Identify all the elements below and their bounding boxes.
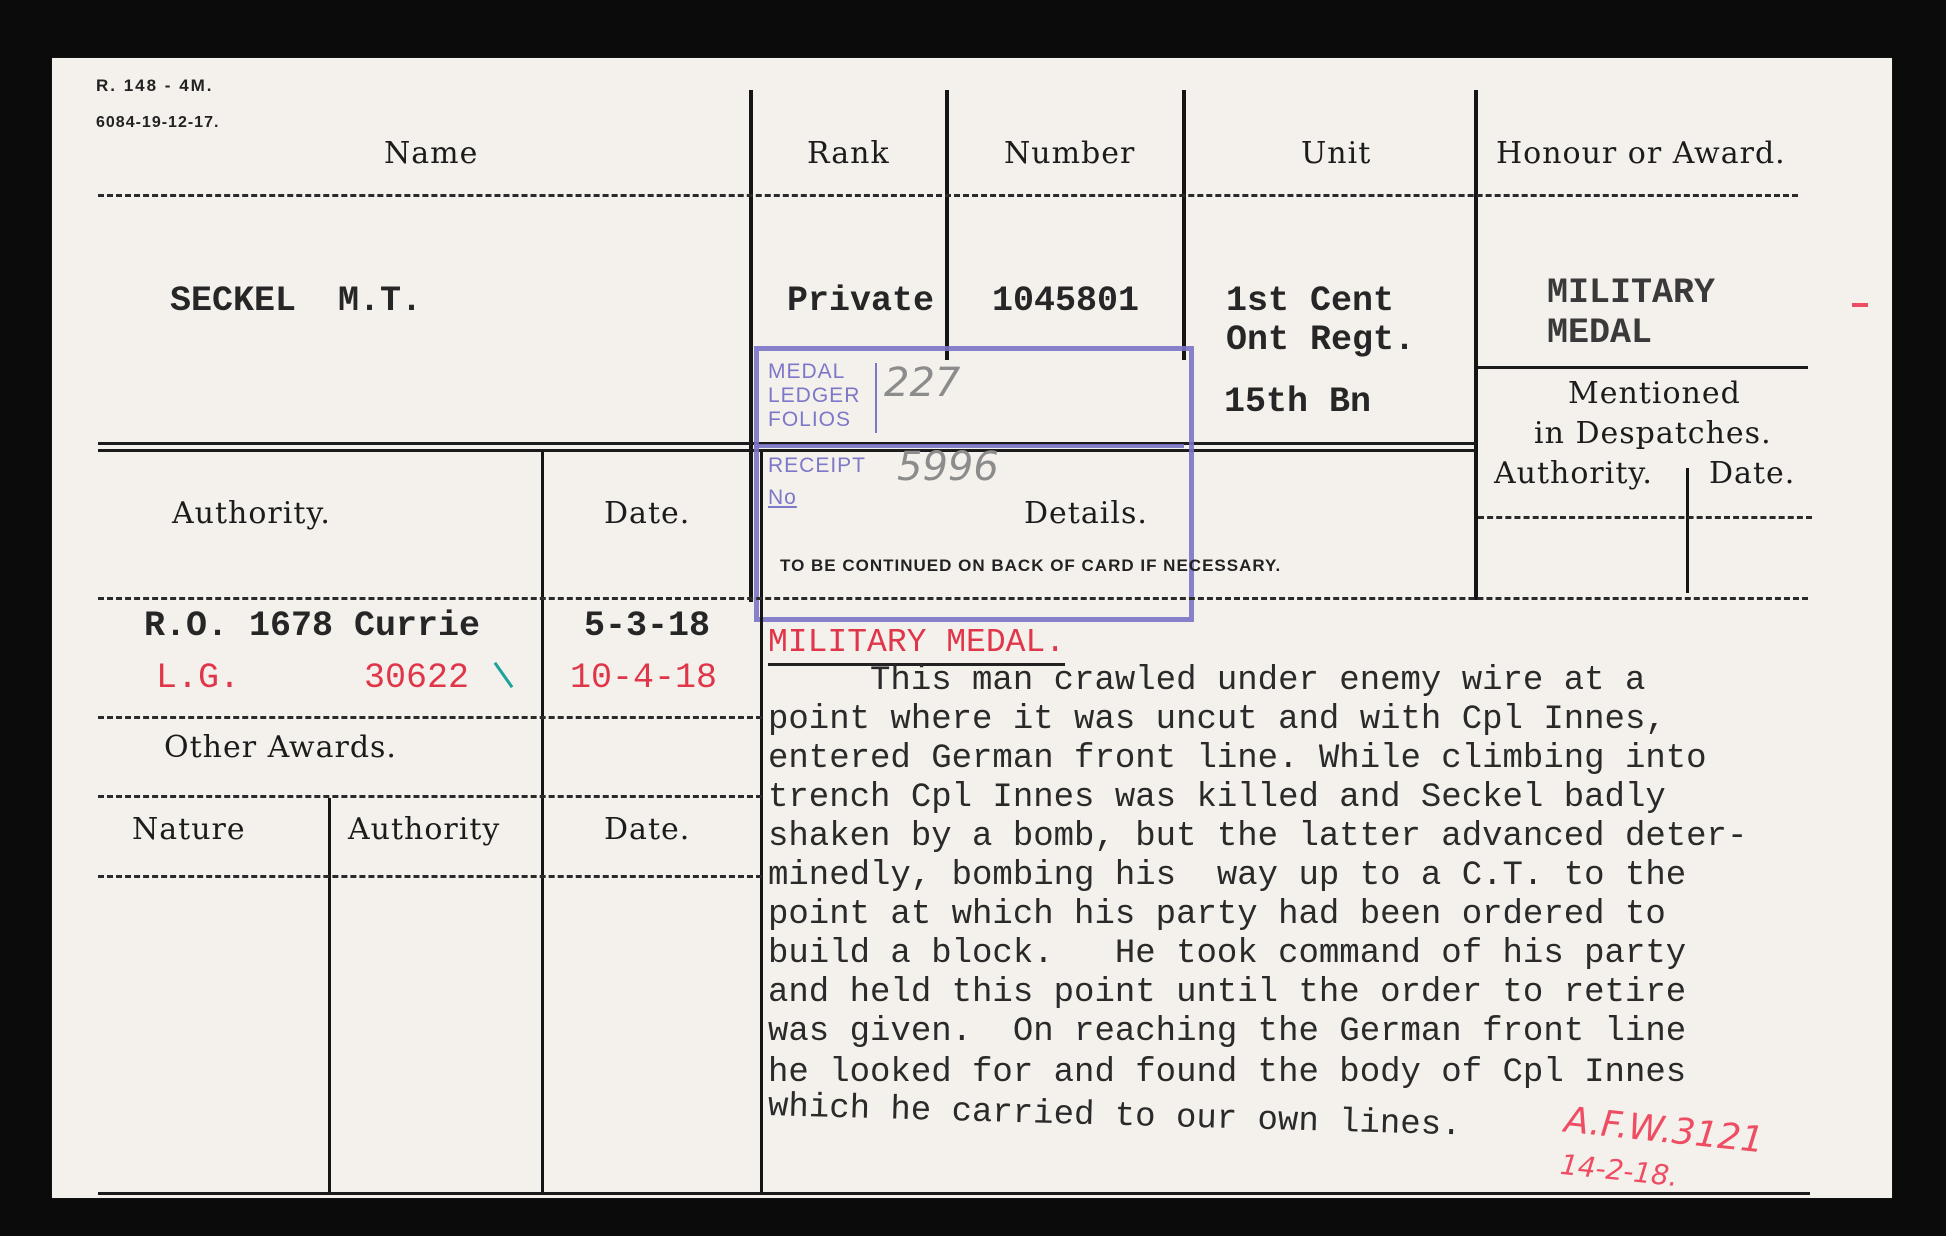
details-heading: MILITARY MEDAL. — [768, 624, 1065, 666]
details-line: entered German front line. While climbin… — [768, 740, 1707, 779]
header-number: Number — [1004, 136, 1135, 171]
rule-date-left — [541, 452, 544, 1192]
details-line: minedly, bombing his way up to a C.T. to… — [768, 857, 1686, 896]
despatches-title-2: in Despatches. — [1534, 416, 1772, 451]
authority-header: Authority. — [172, 496, 331, 531]
details-line: point at which his party had been ordere… — [768, 896, 1666, 935]
authority-date-1: 5-3-18 — [584, 606, 710, 646]
medal-record-card: R. 148 - 4M. 6084-19-12-17. Name Rank Nu… — [52, 58, 1892, 1198]
soldier-name: SECKEL M.T. — [170, 281, 422, 321]
annotation-date: 14-2-18. — [1559, 1148, 1680, 1193]
details-line: trench Cpl Innes was killed and Seckel b… — [768, 779, 1666, 818]
authority-entry-1: R.O. 1678 Currie — [144, 606, 480, 646]
header-name: Name — [384, 136, 478, 171]
honour-line-1: MILITARY — [1547, 273, 1715, 313]
details-line: point where it was uncut and with Cpl In… — [768, 701, 1666, 740]
rule-honour-left — [1474, 90, 1478, 600]
details-line: shaken by a bomb, but the latter advance… — [768, 818, 1747, 857]
soldier-number: 1045801 — [992, 281, 1139, 321]
stamp-ledger-label-2: LEDGER — [768, 384, 860, 408]
stamp-receipt-no-label: No — [768, 486, 797, 510]
details-line: was given. On reaching the German front … — [768, 1013, 1686, 1052]
red-mark — [1852, 303, 1868, 307]
stamp-receipt-label: RECEIPT — [768, 454, 866, 478]
stamp-brace — [875, 363, 877, 433]
rule-despatches-split — [1686, 468, 1689, 593]
honour-line-2: MEDAL — [1547, 313, 1652, 353]
other-awards-col-authority: Authority — [348, 812, 500, 847]
rule-unit-left — [1182, 90, 1186, 360]
stamp-ledger-label-1: MEDAL — [768, 360, 845, 384]
stamp-ledger-label-3: FOLIOS — [768, 408, 851, 432]
other-awards-col-nature: Nature — [132, 812, 246, 847]
rule-nature-split — [328, 798, 331, 1192]
despatches-authority-label: Authority. — [1494, 456, 1653, 491]
section-header-divider — [98, 597, 1808, 600]
unit-line-2: Ont Regt. — [1226, 320, 1415, 360]
details-line: This man crawled under enemy wire at a — [768, 662, 1645, 701]
despatches-divider — [1478, 516, 1812, 519]
authority-date-2: 10-4-18 — [570, 658, 717, 698]
form-code: R. 148 - 4M. — [96, 76, 214, 96]
unit-line-1: 1st Cent — [1226, 281, 1394, 321]
other-awards-header-divider — [98, 875, 762, 878]
other-awards-col-date: Date. — [604, 812, 690, 847]
details-line: he looked for and found the body of Cpl … — [768, 1054, 1686, 1093]
rule-number-left — [945, 90, 949, 360]
ledger-folio-value: 227 — [884, 360, 960, 406]
header-honour: Honour or Award. — [1496, 136, 1786, 171]
authority-entry-2-right: 30622 — [364, 658, 469, 698]
receipt-number-value: 5996 — [897, 444, 999, 490]
details-line: which he carried to our own lines. — [767, 1088, 1462, 1146]
other-awards-divider — [98, 795, 762, 798]
authority-entries-divider — [98, 716, 762, 719]
despatches-date-label: Date. — [1709, 456, 1795, 491]
date-header: Date. — [604, 496, 690, 531]
header-rank: Rank — [807, 136, 890, 171]
details-line: and held this point until the order to r… — [768, 974, 1686, 1013]
soldier-rank: Private — [787, 281, 934, 321]
header-divider — [98, 194, 1798, 197]
other-awards-title: Other Awards. — [164, 730, 397, 765]
unit-line-3: 15th Bn — [1224, 382, 1371, 422]
print-reference: 6084-19-12-17. — [96, 114, 219, 132]
details-line: build a block. He took command of his pa… — [768, 935, 1686, 974]
despatches-title-1: Mentioned — [1568, 376, 1741, 411]
details-header: Details. — [1024, 496, 1148, 531]
bottom-rule — [98, 1192, 1810, 1195]
authority-entry-2-left: L.G. — [156, 658, 240, 698]
honour-divider — [1478, 366, 1808, 369]
tick-mark — [494, 662, 514, 688]
rule-details-left — [760, 452, 763, 1192]
header-unit: Unit — [1301, 136, 1371, 171]
continue-note: TO BE CONTINUED ON BACK OF CARD IF NECES… — [780, 556, 1281, 576]
rule-rank-left — [749, 90, 753, 602]
